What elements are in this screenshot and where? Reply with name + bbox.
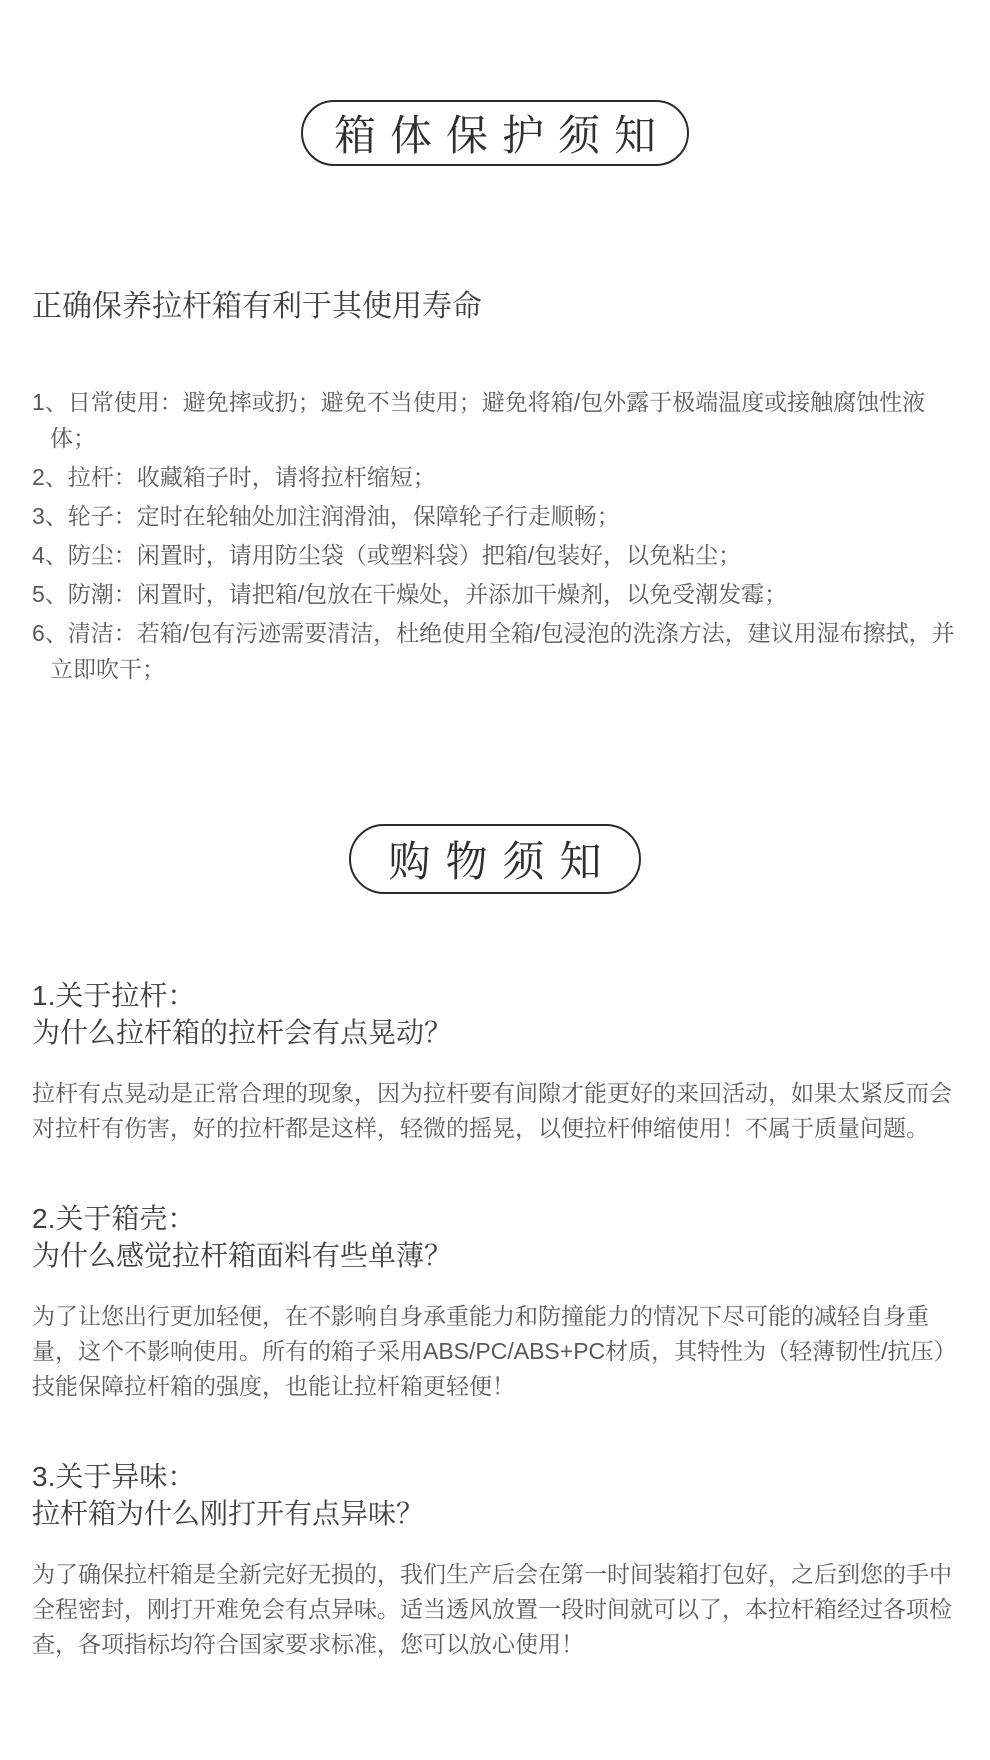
care-tip-daily-use: 1、日常使用：避免摔或扔；避免不当使用；避免将箱/包外露于极端温度或接触腐蚀性液… (32, 384, 970, 456)
care-tip-dustproof: 4、防尘：闲置时，请用防尘袋（或塑料袋）把箱/包装好，以免粘尘； (32, 537, 970, 573)
faq-shell-answer: 为了让您出行更加轻便，在不影响自身承重能力和防撞能力的情况下尽可能的减轻自身重量… (32, 1299, 970, 1404)
faq-odor-answer: 为了确保拉杆箱是全新完好无损的，我们生产后会在第一时间装箱打包好，之后到您的手中… (32, 1557, 970, 1662)
shopping-notice-title: 购物须知 (373, 829, 616, 889)
care-tip-wheels: 3、轮子：定时在轮轴处加注润滑油，保障轮子行走顺畅； (32, 498, 970, 534)
faq-odor-heading: 3.关于异味： 拉杆箱为什么刚打开有点异味？ (32, 1458, 970, 1532)
product-notice-page: 箱体保护须知 正确保养拉杆箱有利于其使用寿命 1、日常使用：避免摔或扔；避免不当… (0, 100, 990, 1662)
faq-shell: 2.关于箱壳： 为什么感觉拉杆箱面料有些单薄？ 为了让您出行更加轻便，在不影响自… (32, 1200, 970, 1404)
faq-handle-question: 为什么拉杆箱的拉杆会有点晃动？ (32, 1017, 452, 1048)
faq-handle-label: 1.关于拉杆： (32, 980, 195, 1011)
care-notice-section: 正确保养拉杆箱有利于其使用寿命 1、日常使用：避免摔或扔；避免不当使用；避免将箱… (0, 291, 990, 687)
faq-handle-heading: 1.关于拉杆： 为什么拉杆箱的拉杆会有点晃动？ (32, 977, 970, 1051)
faq-odor: 3.关于异味： 拉杆箱为什么刚打开有点异味？ 为了确保拉杆箱是全新完好无损的，我… (32, 1458, 970, 1662)
care-notice-title: 箱体保护须知 (320, 103, 670, 163)
faq-handle: 1.关于拉杆： 为什么拉杆箱的拉杆会有点晃动？ 拉杆有点晃动是正常合理的现象，因… (32, 977, 970, 1146)
faq-shell-heading: 2.关于箱壳： 为什么感觉拉杆箱面料有些单薄？ (32, 1200, 970, 1274)
care-tip-cleaning: 6、清洁：若箱/包有污迹需要清洁，杜绝使用全箱/包浸泡的洗涤方法，建议用湿布擦拭… (32, 615, 970, 687)
shopping-notice-title-badge: 购物须知 (349, 824, 641, 894)
care-tip-handle: 2、拉杆：收藏箱子时，请将拉杆缩短； (32, 459, 970, 495)
shopping-notice-section: 1.关于拉杆： 为什么拉杆箱的拉杆会有点晃动？ 拉杆有点晃动是正常合理的现象，因… (0, 977, 990, 1662)
faq-shell-question: 为什么感觉拉杆箱面料有些单薄？ (32, 1240, 452, 1271)
care-tip-moistureproof: 5、防潮：闲置时，请把箱/包放在干燥处，并添加干燥剂，以免受潮发霉； (32, 576, 970, 612)
faq-odor-question: 拉杆箱为什么刚打开有点异味？ (32, 1498, 424, 1529)
care-notice-title-badge: 箱体保护须知 (301, 100, 689, 166)
faq-odor-label: 3.关于异味： (32, 1461, 195, 1492)
care-tips-list: 1、日常使用：避免摔或扔；避免不当使用；避免将箱/包外露于极端温度或接触腐蚀性液… (32, 384, 970, 687)
care-subtitle: 正确保养拉杆箱有利于其使用寿命 (32, 291, 970, 323)
faq-shell-label: 2.关于箱壳： (32, 1203, 195, 1234)
faq-handle-answer: 拉杆有点晃动是正常合理的现象，因为拉杆要有间隙才能更好的来回活动，如果太紧反而会… (32, 1076, 970, 1146)
